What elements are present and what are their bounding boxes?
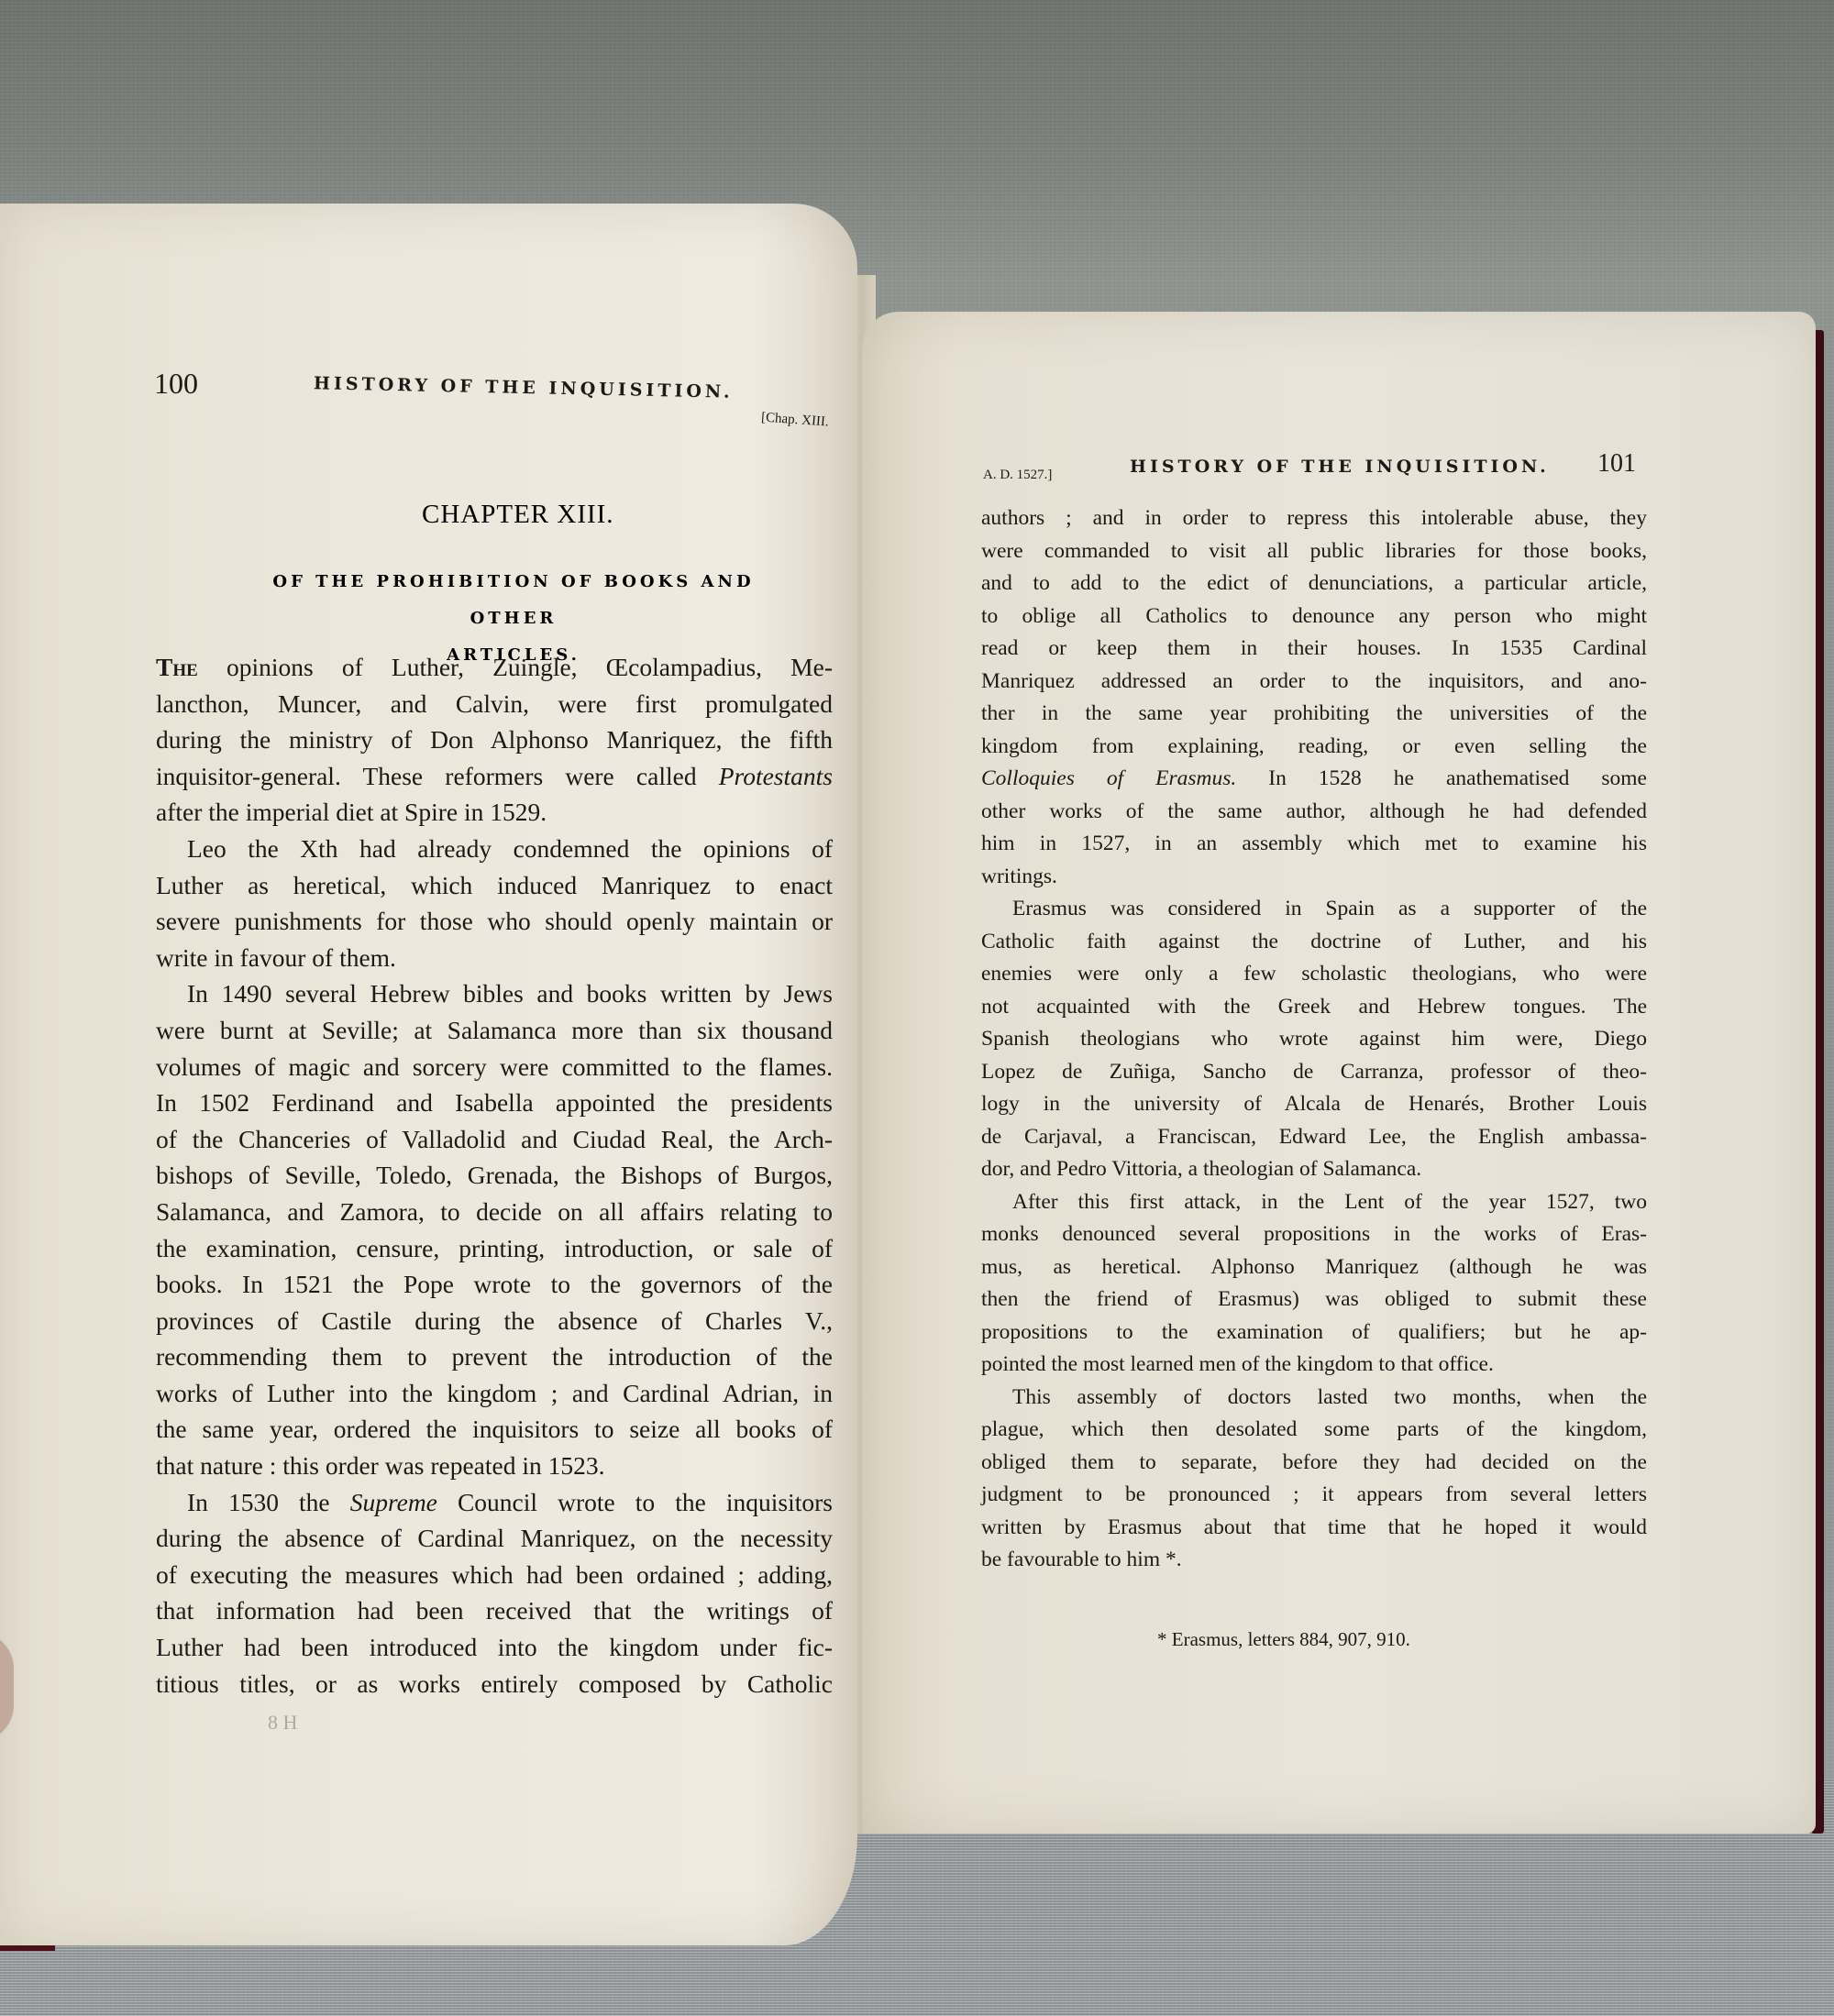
text-line: and to add to the edict of denunciations… xyxy=(981,567,1647,600)
text-line: be favourable to him *. xyxy=(981,1544,1647,1577)
text-line: him in 1527, in an assembly which met to… xyxy=(981,828,1647,861)
text-line: mus, as heretical. Alphonso Manriquez (a… xyxy=(981,1251,1647,1284)
text-line: inquisitor-general. These reformers were… xyxy=(156,758,833,795)
text-line: This assembly of doctors lasted two mont… xyxy=(981,1382,1647,1415)
text-line: write in favour of them. xyxy=(156,940,833,976)
text-line: ther in the same year prohibiting the un… xyxy=(981,698,1647,731)
text-line: provinces of Castile during the absence … xyxy=(156,1303,833,1339)
text-line: of the Chanceries of Valladolid and Ciud… xyxy=(156,1121,833,1158)
text-line: other works of the same author, although… xyxy=(981,796,1647,829)
text-line: logy in the university of Alcala de Hena… xyxy=(981,1088,1647,1121)
text-line: severe punishments for those who should … xyxy=(156,903,833,940)
text-line: judgment to be pronounced ; it appears f… xyxy=(981,1479,1647,1512)
text-line: to oblige all Catholics to denounce any … xyxy=(981,600,1647,633)
text-line: After this first attack, in the Lent of … xyxy=(981,1186,1647,1219)
text-line: not acquainted with the Greek and Hebrew… xyxy=(981,991,1647,1024)
text-line: In 1490 several Hebrew bibles and books … xyxy=(156,975,833,1012)
text-line: written by Erasmus about that time that … xyxy=(981,1512,1647,1545)
left-page-body: The opinions of Luther, Zuingle, Œcolamp… xyxy=(156,649,833,1702)
text-line: books. In 1521 the Pope wrote to the gov… xyxy=(156,1266,833,1303)
text-line: were burnt at Seville; at Salamanca more… xyxy=(156,1012,833,1049)
text-line: enemies were only a few scholastic theol… xyxy=(981,958,1647,991)
right-page-body: authors ; and in order to repress this i… xyxy=(981,502,1647,1577)
text-line: works of Luther into the kingdom ; and C… xyxy=(156,1375,833,1412)
text-line: Lopez de Zuñiga, Sancho de Carranza, pro… xyxy=(981,1056,1647,1089)
signature-mark: 8 H xyxy=(268,1711,297,1735)
text-line: The opinions of Luther, Zuingle, Œcolamp… xyxy=(156,649,833,686)
text-line: Spanish theologians who wrote against hi… xyxy=(981,1023,1647,1056)
text-line: the same year, ordered the inquisitors t… xyxy=(156,1411,833,1448)
text-line: Colloquies of Erasmus. In 1528 he anathe… xyxy=(981,763,1647,796)
text-line: read or keep them in their houses. In 15… xyxy=(981,633,1647,666)
text-line: monks denounced several propositions in … xyxy=(981,1218,1647,1251)
text-line: In 1530 the Supreme Council wrote to the… xyxy=(156,1484,833,1521)
text-line: Luther had been introduced into the king… xyxy=(156,1629,833,1666)
text-line: Catholic faith against the doctrine of L… xyxy=(981,926,1647,959)
text-line: Leo the Xth had already condemned the op… xyxy=(156,831,833,867)
text-line: pointed the most learned men of the king… xyxy=(981,1349,1647,1382)
right-page-number: 101 xyxy=(1597,449,1636,479)
text-line: volumes of magic and sorcery were commit… xyxy=(156,1049,833,1085)
text-line: de Carjaval, a Franciscan, Edward Lee, t… xyxy=(981,1121,1647,1154)
text-line: then the friend of Erasmus) was obliged … xyxy=(981,1283,1647,1316)
chapter-title: CHAPTER XIII. xyxy=(422,500,614,530)
text-line: that information had been received that … xyxy=(156,1592,833,1629)
text-line: during the ministry of Don Alphonso Manr… xyxy=(156,722,833,758)
text-line: the examination, censure, printing, intr… xyxy=(156,1230,833,1267)
text-line: propositions to the examination of quali… xyxy=(981,1316,1647,1350)
text-line: plague, which then desolated some parts … xyxy=(981,1414,1647,1447)
text-line: Erasmus was considered in Spain as a sup… xyxy=(981,893,1647,926)
text-line: dor, and Pedro Vittoria, a theologian of… xyxy=(981,1153,1647,1186)
text-line: writings. xyxy=(981,861,1647,894)
text-line: obliged them to separate, before they ha… xyxy=(981,1447,1647,1480)
text-line: were commanded to visit all public libra… xyxy=(981,535,1647,568)
text-line: that nature : this order was repeated in… xyxy=(156,1448,833,1484)
text-line: Salamanca, and Zamora, to decide on all … xyxy=(156,1194,833,1230)
text-line: after the imperial diet at Spire in 1529… xyxy=(156,794,833,831)
text-line: In 1502 Ferdinand and Isabella appointed… xyxy=(156,1085,833,1121)
chapter-subtitle-line-1: OF THE PROHIBITION OF BOOKS AND OTHER xyxy=(238,564,789,637)
text-line: lancthon, Muncer, and Calvin, were first… xyxy=(156,686,833,722)
drop-word: The xyxy=(156,653,198,681)
text-line: bishops of Seville, Toledo, Grenada, the… xyxy=(156,1157,833,1194)
text-line: authors ; and in order to repress this i… xyxy=(981,502,1647,535)
right-running-head: HISTORY OF THE INQUISITION. xyxy=(1130,457,1550,477)
text-line: kingdom from explaining, reading, or eve… xyxy=(981,731,1647,764)
text-line: Manriquez addressed an order to the inqu… xyxy=(981,666,1647,699)
text-line: titious titles, or as works entirely com… xyxy=(156,1666,833,1702)
text-line: of executing the measures which had been… xyxy=(156,1557,833,1593)
footnote: * Erasmus, letters 884, 907, 910. xyxy=(1157,1628,1410,1651)
text-line: during the absence of Cardinal Manriquez… xyxy=(156,1520,833,1557)
date-marker: A. D. 1527.] xyxy=(983,468,1052,483)
text-line: Luther as heretical, which induced Manri… xyxy=(156,867,833,904)
left-page-number: 100 xyxy=(154,367,198,401)
text-line: recommending them to prevent the introdu… xyxy=(156,1338,833,1375)
